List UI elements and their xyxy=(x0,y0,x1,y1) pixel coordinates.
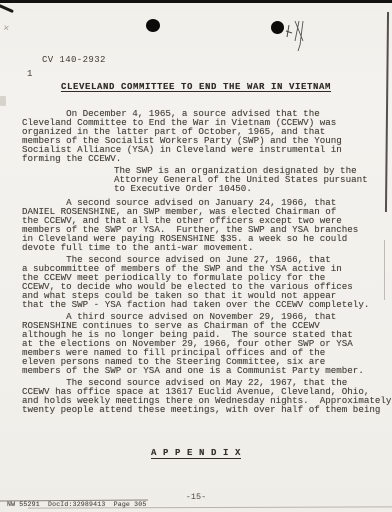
file-number: CV 140-2932 xyxy=(42,55,106,65)
appendix-heading: A P P E N D I X xyxy=(0,448,392,458)
document-body: On December 4, 1965, a source advised th… xyxy=(22,109,388,417)
margin-numeral: 1 xyxy=(27,69,32,79)
document-title: CLEVELAND COMMITTEE TO END THE WAR IN VI… xyxy=(0,82,392,92)
paragraph-source-two: A second source advised on January 24, 1… xyxy=(22,198,388,252)
paragraph-source-three: A third source advised on November 29, 1… xyxy=(22,312,388,375)
scan-smudge xyxy=(0,96,6,106)
paragraph-source-one: On December 4, 1965, a source advised th… xyxy=(22,109,388,163)
hole-punch-icon xyxy=(146,19,160,32)
pencil-x-mark: × xyxy=(2,24,9,36)
paragraph-office-space: The second source advised on May 22, 196… xyxy=(22,378,388,414)
scan-top-edge xyxy=(0,0,392,3)
scan-corner-mark xyxy=(0,4,14,13)
scanned-document-page: × CV 140-2932 1 CLEVELAND COMMITTEE TO E… xyxy=(0,0,392,512)
scan-bottom-edge xyxy=(28,506,392,508)
paragraph-subcommittee: The second source advised on June 27, 19… xyxy=(22,255,388,309)
blockquote-swp-designation: The SWP is an organization designated by… xyxy=(114,166,388,193)
handwritten-mark xyxy=(283,11,317,57)
